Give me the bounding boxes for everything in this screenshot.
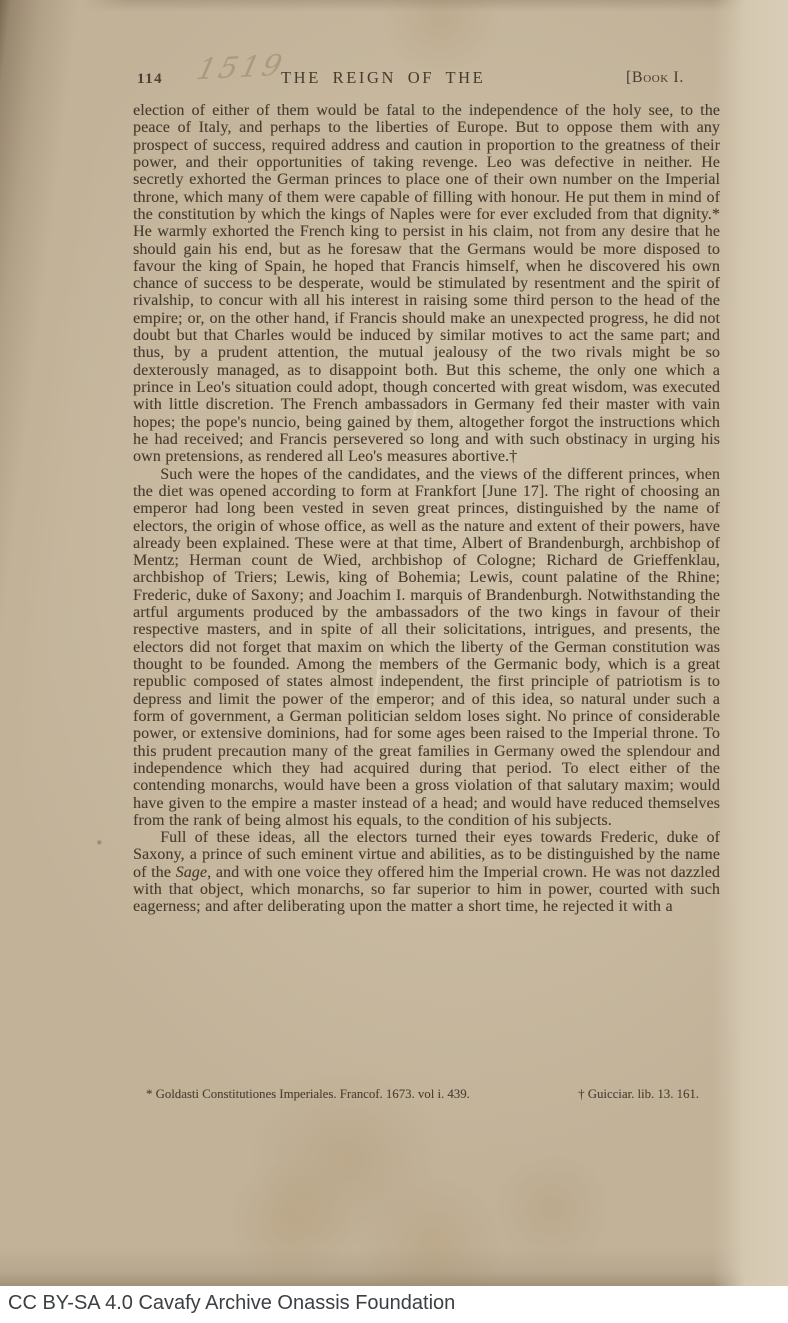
book-label: [Book I. — [626, 69, 684, 87]
paragraph: election of either of them would be fata… — [133, 102, 720, 466]
running-title: THE REIGN OF THE — [281, 68, 485, 88]
paragraph: Such were the hopes of the candidates, a… — [133, 466, 720, 830]
handwritten-year-note: 1519 — [193, 48, 288, 86]
screenshot-root: 114 1519 THE REIGN OF THE [Book I. elect… — [0, 0, 788, 1323]
body-text: election of either of them would be fata… — [133, 102, 720, 916]
license-text: CC BY-SA 4.0 Cavafy Archive Onassis Foun… — [8, 1292, 455, 1314]
footnotes: * Goldasti Constitutiones Imperiales. Fr… — [146, 1087, 699, 1102]
scanned-book-page: 114 1519 THE REIGN OF THE [Book I. elect… — [0, 0, 788, 1286]
license-attribution-bar: CC BY-SA 4.0 Cavafy Archive Onassis Foun… — [0, 1286, 788, 1323]
footnote: † Guicciar. lib. 13. 161. — [578, 1087, 699, 1102]
footnote: * Goldasti Constitutiones Imperiales. Fr… — [146, 1087, 470, 1102]
page-number: 114 — [137, 71, 163, 88]
paragraph: Full of these ideas, all the electors tu… — [133, 829, 720, 916]
